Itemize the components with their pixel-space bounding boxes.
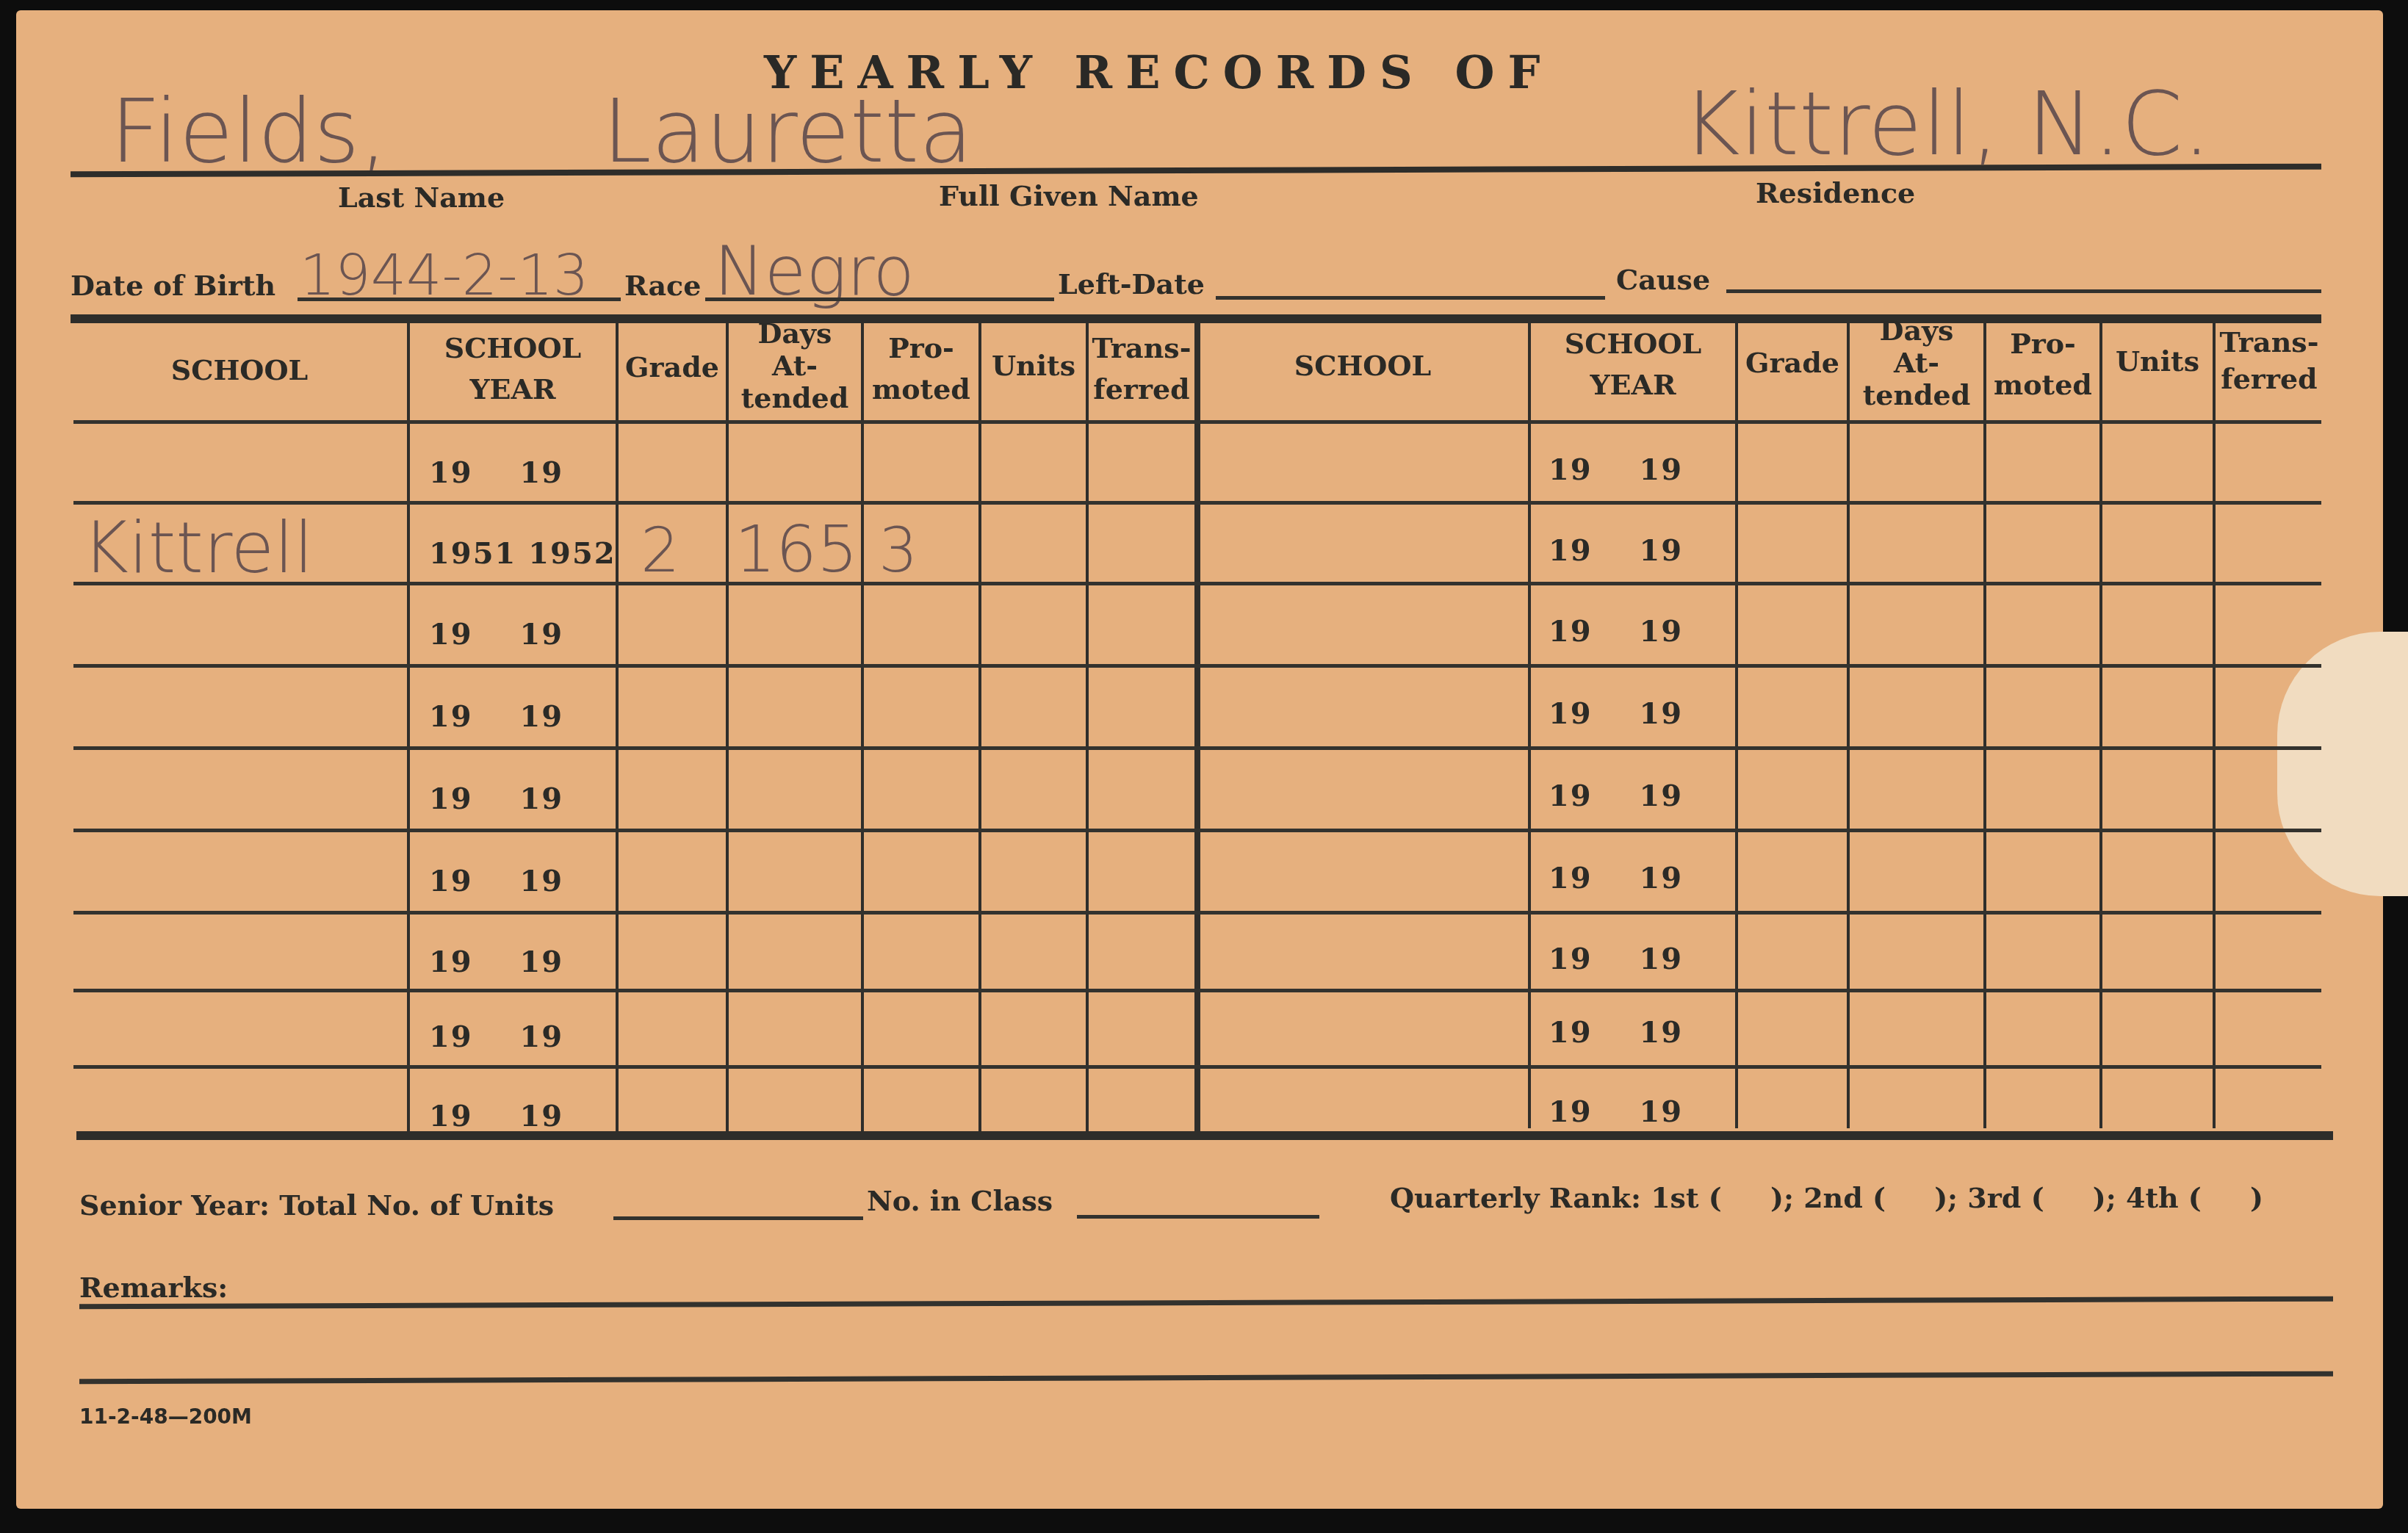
col-divider [2213,320,2216,1128]
residence-label: Residence [1756,176,1915,209]
col-header-promoted-line2: moted [862,373,980,405]
col-header-days-right: Days At- tended [1848,314,1985,411]
row-2-grade[interactable]: 2 [641,514,679,586]
row-3-year-left: 19 19 [429,617,563,652]
row-8-year-right: 19 19 [1549,1015,1683,1050]
col-divider [978,323,981,1131]
form-code: 11-2-48—200M [79,1404,252,1429]
col-header-transferred-line1: Trans- [1087,332,1196,364]
given-name-label: Full Given Name [939,179,1199,212]
col-divider [1847,320,1850,1128]
row-line [73,911,2321,915]
dob-line [298,297,621,301]
row-line [73,664,2321,668]
row-2-school[interactable]: Kittrell [82,507,314,589]
col-divider [616,323,619,1131]
col-divider [1735,320,1738,1128]
row-5-year-right: 19 19 [1549,779,1683,813]
col-header-school-year-right: SCHOOL YEAR [1529,328,1737,401]
row-9-year-left: 19 19 [429,1099,563,1133]
col-header-days-line2: At- [727,350,862,382]
left-date-label: Left-Date [1058,267,1205,300]
col-divider [1983,320,1986,1128]
row-line [73,989,2321,992]
col-header-days-right-line1: Days [1848,314,1985,347]
col-divider [1528,320,1531,1128]
table-bottom-rule [76,1131,2333,1140]
col-divider [726,323,729,1131]
last-name-value[interactable]: Fields, [110,81,388,183]
senior-units-label: Senior Year: Total No. of Units [79,1188,554,1222]
row-6-year-left: 19 19 [429,864,563,898]
row-3-year-right: 19 19 [1549,614,1683,649]
no-in-class-field[interactable] [1077,1215,1319,1219]
row-2-promoted[interactable]: 3 [879,514,918,586]
col-header-school-right: SCHOOL [1199,350,1526,382]
col-header-transferred-line2: ferred [1087,373,1196,405]
col-header-promoted-right-line1: Pro- [1985,328,2101,360]
col-header-promoted-line1: Pro- [862,332,980,364]
quarterly-rank: Quarterly Rank: 1st ( ); 2nd ( ); 3rd ( … [1390,1181,2263,1214]
race-line [705,297,1054,301]
race-label: Race [624,269,701,302]
col-header-days: Days At- tended [727,317,862,414]
col-header-transferred-right-line2: ferred [2214,363,2324,395]
left-date-line[interactable] [1216,296,1605,300]
remarks-label: Remarks: [79,1271,228,1304]
row-7-year-left: 19 19 [429,945,563,979]
col-header-grade: Grade [617,351,727,383]
cause-label: Cause [1616,263,1710,296]
col-divider [2099,320,2102,1128]
row-line [73,1065,2321,1069]
row-1-year-left: 19 19 [429,455,563,490]
senior-units-field[interactable] [613,1216,863,1220]
col-header-transferred-right-line1: Trans- [2214,326,2324,358]
center-divider [1194,320,1200,1133]
row-9-year-right: 19 19 [1549,1094,1683,1129]
no-in-class-label: No. in Class [867,1184,1053,1217]
col-divider [407,323,410,1131]
cause-line[interactable] [1726,289,2321,293]
col-header-school: SCHOOL [71,354,408,386]
row-line [73,829,2321,832]
row-4-year-left: 19 19 [429,699,563,734]
col-header-promoted-right-line2: moted [1985,369,2101,401]
col-header-school-year-right-line1: SCHOOL [1529,328,1737,360]
col-header-grade-right: Grade [1737,347,1848,379]
col-header-units: Units [980,350,1087,382]
col-header-transferred: Trans- ferred [1087,332,1196,405]
col-header-units-right: Units [2101,345,2214,378]
col-header-promoted: Pro- moted [862,332,980,405]
col-header-school-year-line2: YEAR [408,373,617,405]
col-header-promoted-right: Pro- moted [1985,328,2101,401]
row-2-year-right: 19 19 [1549,533,1683,568]
row-2-days[interactable]: 165 [735,511,858,587]
row-4-year-right: 19 19 [1549,696,1683,731]
row-5-year-left: 19 19 [429,782,563,816]
residence-value[interactable]: Kittrell, N.C. [1682,73,2210,176]
dob-label: Date of Birth [71,269,275,302]
col-header-days-right-line3: tended [1848,379,1985,411]
row-line [73,501,2321,505]
given-name-value[interactable]: Lauretta [602,81,973,183]
col-header-school-year: SCHOOL YEAR [408,332,617,405]
row-2-year-left[interactable]: 1951 1952 [429,536,616,571]
col-header-days-line3: tended [727,382,862,414]
col-divider [1086,323,1089,1131]
header-bottom-line [73,420,2321,424]
row-1-year-right: 19 19 [1549,452,1683,487]
row-6-year-right: 19 19 [1549,861,1683,895]
row-line [73,582,2321,585]
col-header-days-right-line2: At- [1848,347,1985,379]
col-header-school-year-right-line2: YEAR [1529,369,1737,401]
row-line [73,746,2321,750]
col-header-days-line1: Days [727,317,862,350]
row-7-year-right: 19 19 [1549,942,1683,976]
row-8-year-left: 19 19 [429,1020,563,1054]
col-header-school-year-line1: SCHOOL [408,332,617,364]
col-divider [861,323,864,1131]
last-name-label: Last Name [338,181,505,214]
col-header-transferred-right: Trans- ferred [2214,326,2324,395]
